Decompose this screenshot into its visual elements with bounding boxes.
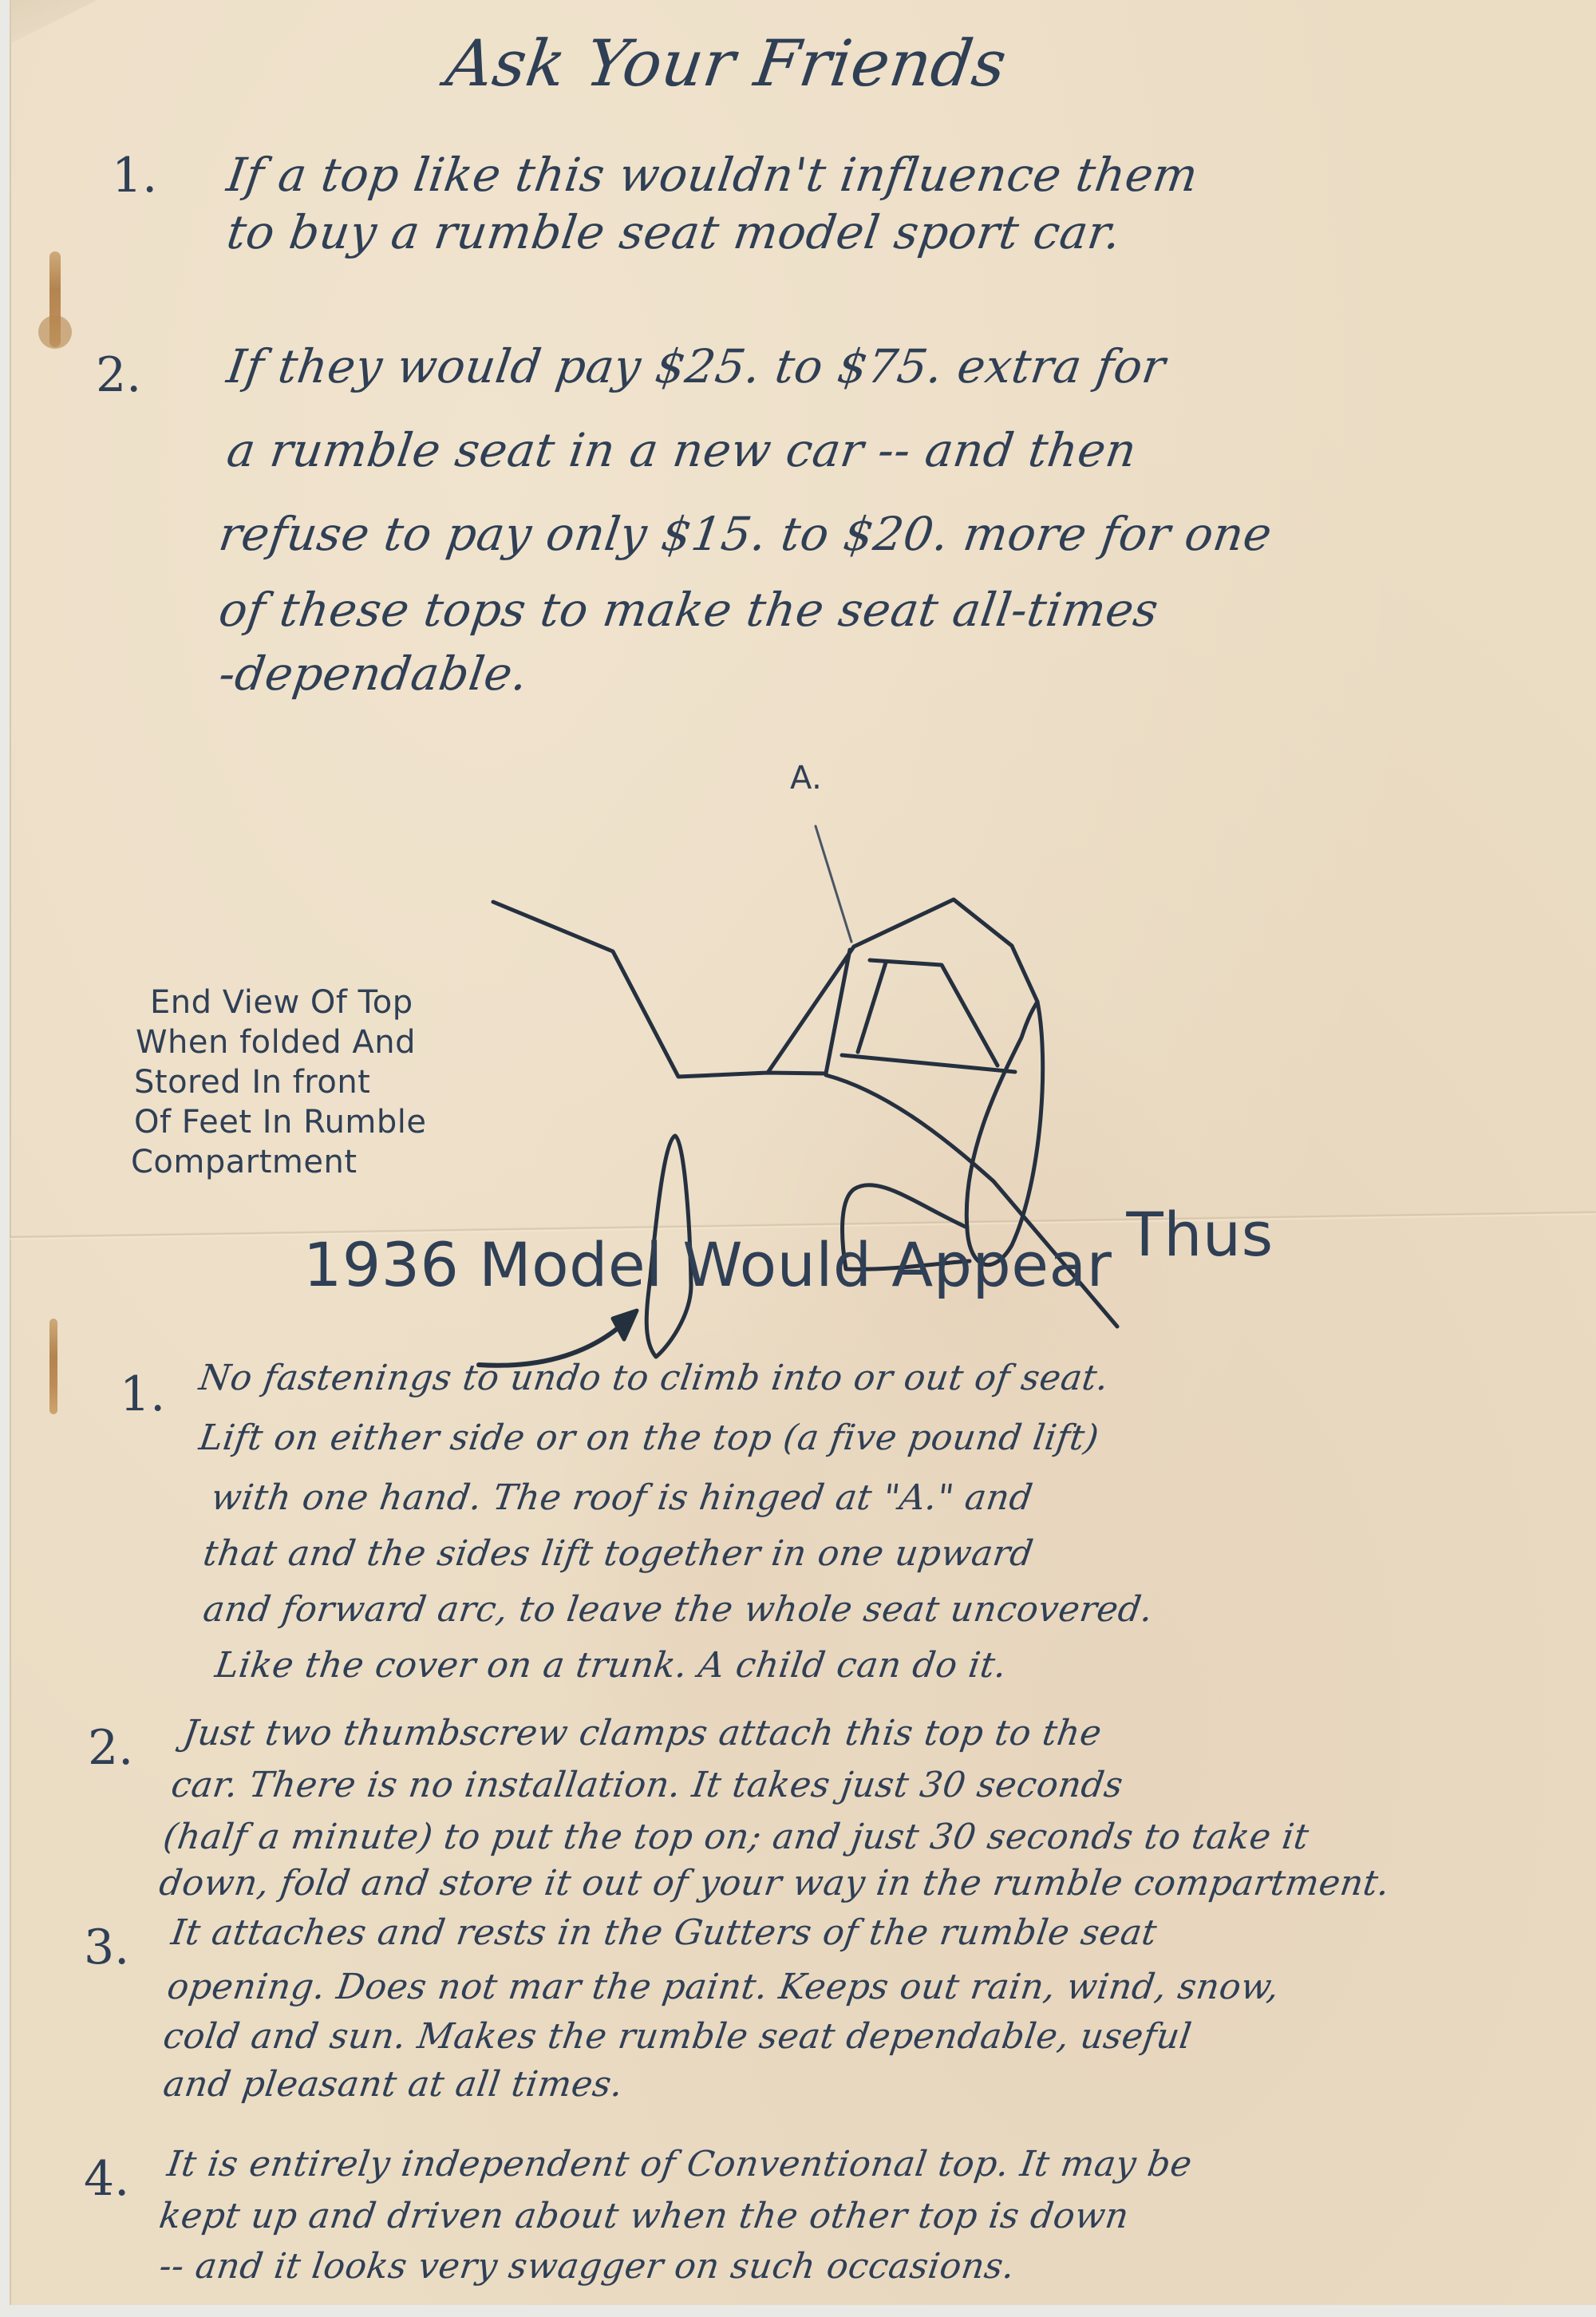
item-line: -- and it looks very swagger on such occ… xyxy=(157,2249,1017,2284)
item-line: -dependable. xyxy=(216,650,531,697)
item-line: refuse to pay only $15. to $20. more for… xyxy=(216,511,1275,557)
item-line: with one hand. The roof is hinged at "A.… xyxy=(209,1481,1035,1516)
item-line: Lift on either side or on the top (a fiv… xyxy=(197,1421,1101,1456)
hinge-label-a: A. xyxy=(790,760,822,797)
caption-line: When folded And xyxy=(136,1023,416,1062)
item-line: If a top like this wouldn't influence th… xyxy=(224,152,1201,198)
item-line: to buy a rumble seat model sport car. xyxy=(224,209,1124,255)
section2-title-tail: Thus xyxy=(1126,1199,1273,1270)
item-line: It attaches and rests in the Gutters of … xyxy=(169,1916,1159,1951)
item-number: 2. xyxy=(88,1720,133,1776)
item-number: 1. xyxy=(120,1366,165,1422)
item-line: down, fold and store it out of your way … xyxy=(157,1866,1392,1901)
item-number: 2. xyxy=(96,347,141,403)
item-line: It is entirely independent of Convention… xyxy=(165,2147,1195,2182)
caption-line: Compartment xyxy=(131,1143,358,1181)
item-line: If they would pay $25. to $75. extra for xyxy=(224,343,1168,389)
item-line: car. There is no installation. It takes … xyxy=(169,1768,1125,1803)
section2-title-main: 1936 Model Would Appear xyxy=(303,1229,1112,1300)
item-line: Just two thumbscrew clamps attach this t… xyxy=(181,1716,1104,1751)
item-line: and pleasant at all times. xyxy=(161,2067,626,2102)
item-line: cold and sun. Makes the rumble seat depe… xyxy=(161,2019,1194,2054)
item-line: (half a minute) to put the top on; and j… xyxy=(161,1820,1311,1855)
item-number: 1. xyxy=(112,148,157,204)
item-line: Like the cover on a trunk. A child can d… xyxy=(213,1648,1009,1683)
item-line: a rumble seat in a new car -- and then xyxy=(224,427,1140,473)
item-line: of these tops to make the seat all-times xyxy=(216,587,1161,633)
item-number: 4. xyxy=(84,2151,129,2207)
item-line: kept up and driven about when the other … xyxy=(157,2199,1131,2234)
item-line: that and the sides lift together in one … xyxy=(201,1536,1036,1572)
section2-title: 1936 Model Would AppearThus xyxy=(303,1229,1274,1300)
rust-stain-bottom xyxy=(49,1319,57,1414)
caption-line: Of Feet In Rumble xyxy=(134,1103,427,1141)
rust-stain-top xyxy=(49,251,61,347)
item-line: and forward arc, to leave the whole seat… xyxy=(201,1592,1156,1627)
item-number: 3. xyxy=(84,1920,129,1975)
item-line: No fastenings to undo to climb into or o… xyxy=(197,1361,1111,1396)
section1-title: Ask Your Friends xyxy=(442,32,1010,96)
caption-line: End View Of Top xyxy=(150,983,413,1022)
caption-line: Stored In front xyxy=(134,1063,370,1101)
item-line: opening. Does not mar the paint. Keeps o… xyxy=(165,1970,1282,2005)
